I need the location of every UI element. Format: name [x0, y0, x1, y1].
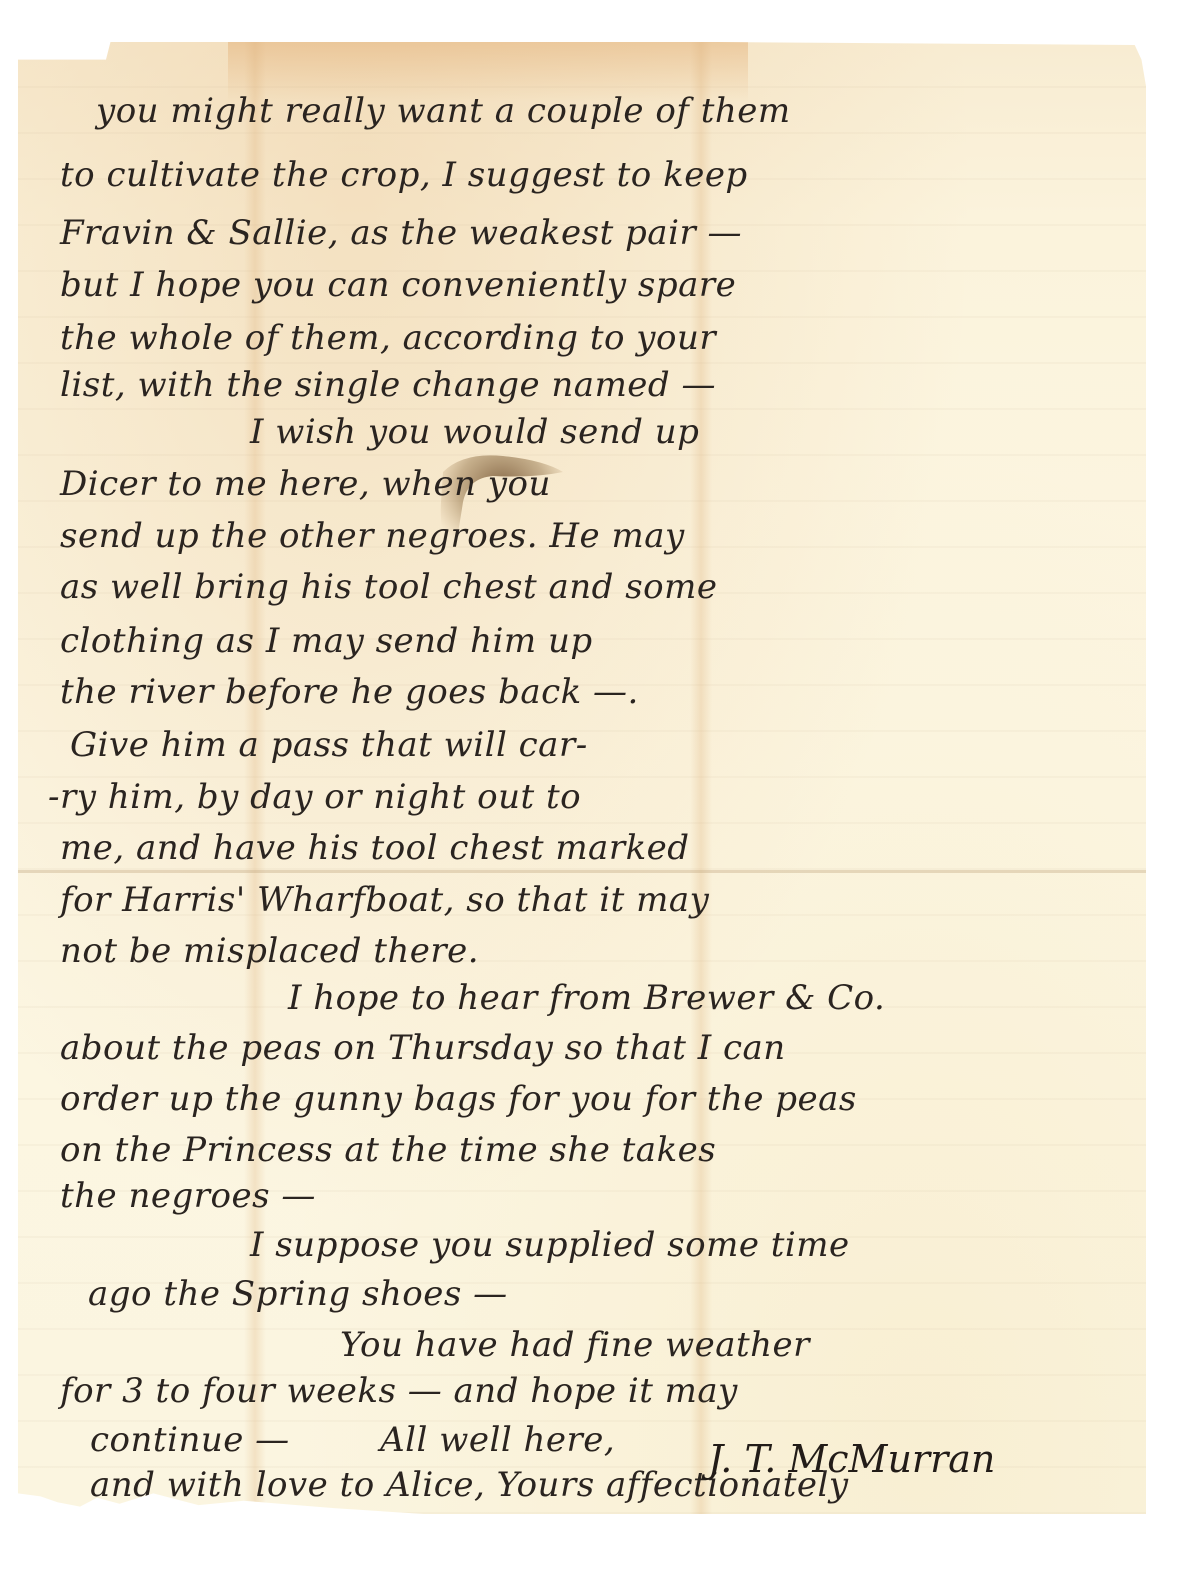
letter-line: clothing as I may send him up — [60, 621, 593, 661]
letter-line: I suppose you supplied some time — [250, 1225, 850, 1265]
letter-line: continue — All well here, — [90, 1420, 615, 1460]
letter-line: I hope to hear from Brewer & Co. — [288, 978, 885, 1018]
letter-line: list, with the single change named — — [60, 365, 716, 405]
letter-line: not be misplaced there. — [60, 931, 479, 971]
letter-line: You have had fine weather — [340, 1325, 810, 1365]
fold-line-horizontal — [18, 870, 1146, 873]
letter-line: Give him a pass that will car- — [70, 725, 588, 765]
letter-line: I wish you would send up — [250, 412, 699, 452]
signature: J. T. McMurran — [708, 1437, 995, 1481]
letter-line: for Harris' Wharfboat, so that it may — [60, 880, 709, 920]
letter-line: order up the gunny bags for you for the … — [60, 1079, 857, 1119]
letter-line: the river before he goes back —. — [60, 672, 639, 712]
letter-line: -ry him, by day or night out to — [48, 777, 581, 817]
letter-line: as well bring his tool chest and some — [60, 567, 717, 607]
letter-page: you might really want a couple of them t… — [18, 42, 1146, 1514]
letter-line: the whole of them, according to your — [60, 318, 716, 358]
letter-line: on the Princess at the time she takes — [60, 1130, 716, 1170]
letter-line: about the peas on Thursday so that I can — [60, 1028, 786, 1068]
letter-line: me, and have his tool chest marked — [60, 828, 690, 868]
letter-line: the negroes — — [60, 1176, 316, 1216]
letter-line: for 3 to four weeks — and hope it may — [60, 1371, 738, 1411]
letter-line: send up the other negroes. He may — [60, 516, 685, 556]
letter-line: but I hope you can conveniently spare — [60, 265, 736, 305]
letter-line: Dicer to me here, when you — [60, 464, 551, 504]
letter-line: ago the Spring shoes — — [88, 1274, 508, 1314]
letter-line: to cultivate the crop, I suggest to keep — [60, 155, 748, 195]
fold-line-right — [690, 42, 712, 1514]
letter-line: Fravin & Sallie, as the weakest pair — — [60, 213, 742, 253]
letter-line: you might really want a couple of them — [96, 91, 791, 131]
